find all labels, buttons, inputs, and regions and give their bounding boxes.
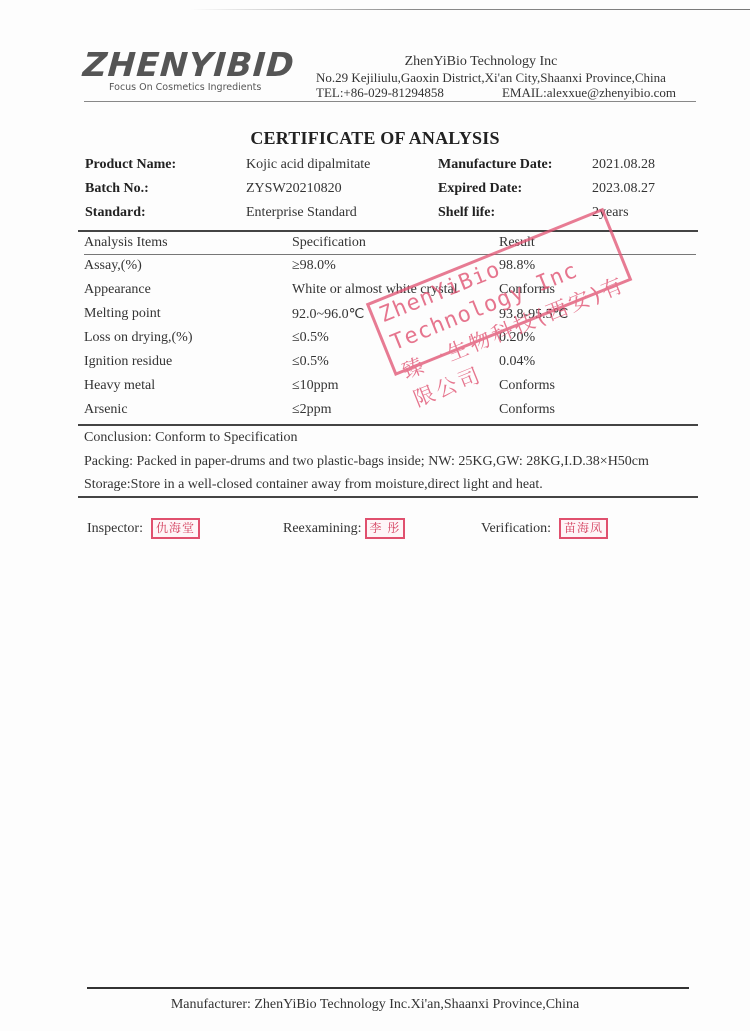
item-cell: Appearance — [84, 278, 292, 302]
item-cell: Loss on drying,(%) — [84, 326, 292, 350]
company-email: EMAIL:alexxue@zhenyibio.com — [502, 85, 676, 100]
footer-manufacturer: Manufacturer: ZhenYiBio Technology Inc.X… — [0, 997, 750, 1013]
company-info: ZhenYiBio Technology Inc No.29 Kejiliulu… — [316, 54, 676, 100]
storage-text: Storage:Store in a well-closed container… — [84, 473, 696, 497]
table-row: Heavy metal≤10ppmConforms — [84, 374, 696, 398]
verification-signature: Verification: 苗海凤 — [481, 518, 608, 539]
specification-cell: ≤2ppm — [292, 398, 499, 422]
item-cell: Heavy metal — [84, 374, 292, 398]
verification-label: Verification: — [481, 521, 551, 537]
company-address: No.29 Kejiliulu,Gaoxin District,Xi'an Ci… — [316, 70, 676, 85]
item-cell: Arsenic — [84, 398, 292, 422]
product-name-label: Product Name: — [85, 157, 176, 173]
shelf-life-label: Shelf life: — [438, 205, 495, 221]
document-title: CERTIFICATE OF ANALYSIS — [0, 128, 750, 149]
reexamining-label: Reexamining: — [283, 521, 362, 537]
batch-value: ZYSW20210820 — [246, 181, 342, 197]
reexamining-chop-stamp: 李 彤 — [365, 518, 406, 539]
notes-section: Conclusion: Conform to Specification Pac… — [84, 426, 696, 497]
column-header: Specification — [292, 231, 499, 254]
scan-top-edge — [190, 9, 750, 10]
header-divider — [84, 101, 696, 102]
item-cell: Assay,(%) — [84, 254, 292, 278]
info-row: Batch No.: ZYSW20210820 Expired Date: 20… — [85, 181, 695, 205]
standard-label: Standard: — [85, 205, 146, 221]
expired-date-value: 2023.08.27 — [592, 181, 655, 197]
info-row: Product Name: Kojic acid dipalmitate Man… — [85, 157, 695, 181]
logo-wordmark: ZHENYIBID — [82, 48, 284, 82]
conclusion-text: Conclusion: Conform to Specification — [84, 426, 696, 450]
table-row: Arsenic≤2ppmConforms — [84, 398, 696, 422]
packing-text: Packing: Packed in paper-drums and two p… — [84, 450, 696, 474]
column-header: Analysis Items — [84, 231, 292, 254]
expired-date-label: Expired Date: — [438, 181, 522, 197]
standard-value: Enterprise Standard — [246, 205, 357, 221]
inspector-label: Inspector: — [87, 521, 143, 537]
inspector-chop-stamp: 仇海堂 — [151, 518, 200, 539]
item-cell: Ignition residue — [84, 350, 292, 374]
footer-rule — [87, 987, 689, 989]
company-name: ZhenYiBio Technology Inc — [286, 54, 676, 70]
item-cell: Melting point — [84, 302, 292, 326]
result-cell: Conforms — [499, 374, 696, 398]
reexamining-signature: Reexamining: 李 彤 — [283, 518, 405, 539]
product-name-value: Kojic acid dipalmitate — [246, 157, 370, 173]
batch-label: Batch No.: — [85, 181, 149, 197]
verification-chop-stamp: 苗海凤 — [559, 518, 608, 539]
company-logo: ZHENYIBID Focus On Cosmetics Ingredients — [83, 48, 283, 93]
notes-bottom-rule — [78, 496, 698, 498]
result-cell: Conforms — [499, 398, 696, 422]
inspector-signature: Inspector: 仇海堂 — [87, 518, 200, 539]
manufacture-date-label: Manufacture Date: — [438, 157, 552, 173]
company-contact: TEL:+86-029-81294858 EMAIL:alexxue@zheny… — [316, 85, 676, 100]
manufacture-date-value: 2021.08.28 — [592, 157, 655, 173]
company-tel: TEL:+86-029-81294858 — [316, 85, 444, 100]
